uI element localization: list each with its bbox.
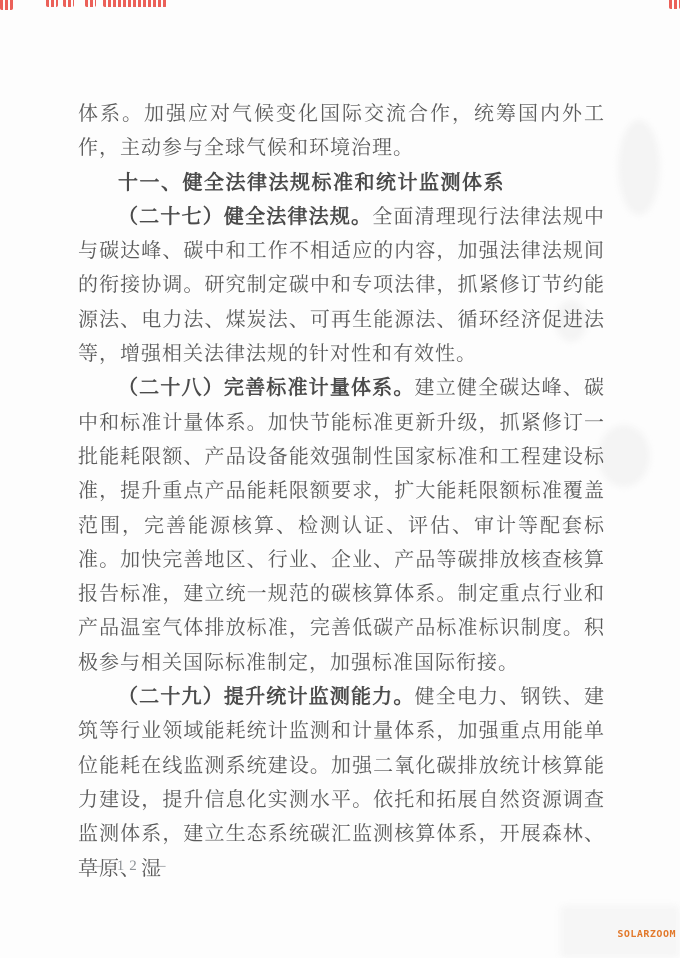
paragraph-28-lead: （二十八）完善标准计量体系。 [118, 377, 415, 399]
paragraph-27: （二十七）健全法律法规。全面清理现行法律法规中与碳达峰、碳中和工作不相适应的内容… [78, 200, 605, 371]
red-stamp-mark [0, 0, 13, 10]
red-stamp-mark [85, 0, 96, 7]
red-stamp-mark [46, 0, 58, 7]
section-heading: 十一、健全法律法规标准和统计监测体系 [78, 166, 605, 200]
red-stamp-mark [103, 0, 167, 7]
paragraph-27-lead: （二十七）健全法律法规。 [118, 206, 372, 228]
bleed-through-smudge [598, 425, 650, 487]
red-stamp-mark [63, 0, 74, 7]
document-page: 体系。加强应对气候变化国际交流合作，统筹国内外工作，主动参与全球气候和环境治理。… [0, 0, 680, 958]
paragraph-29: （二十九）提升统计监测能力。健全电力、钢铁、建筑等行业领域能耗统计监测和计量体系… [78, 680, 605, 886]
paragraph-28-body: 建立健全碳达峰、碳中和标准计量体系。加快节能标准更新升级，抓紧修订一批能耗限额、… [78, 377, 605, 673]
red-stamp-mark [669, 0, 680, 9]
paragraph-28: （二十八）完善标准计量体系。建立健全碳达峰、碳中和标准计量体系。加快节能标准更新… [78, 371, 605, 680]
page-number: — 12 — [88, 858, 171, 875]
paragraph-29-body: 健全电力、钢铁、建筑等行业领域能耗统计监测和计量体系，加强重点用能单位能耗在线监… [78, 686, 605, 879]
bleed-through-smudge [618, 120, 660, 215]
watermark-solarzoom: SOLARZOOM [617, 929, 676, 940]
paragraph-27-body: 全面清理现行法律法规中与碳达峰、碳中和工作不相适应的内容，加强法律法规间的衔接协… [78, 206, 605, 365]
text-block: 体系。加强应对气候变化国际交流合作，统筹国内外工作，主动参与全球气候和环境治理。… [78, 97, 605, 886]
paragraph-29-lead: （二十九）提升统计监测能力。 [118, 686, 415, 708]
paragraph-continuation: 体系。加强应对气候变化国际交流合作，统筹国内外工作，主动参与全球气候和环境治理。 [78, 97, 605, 166]
